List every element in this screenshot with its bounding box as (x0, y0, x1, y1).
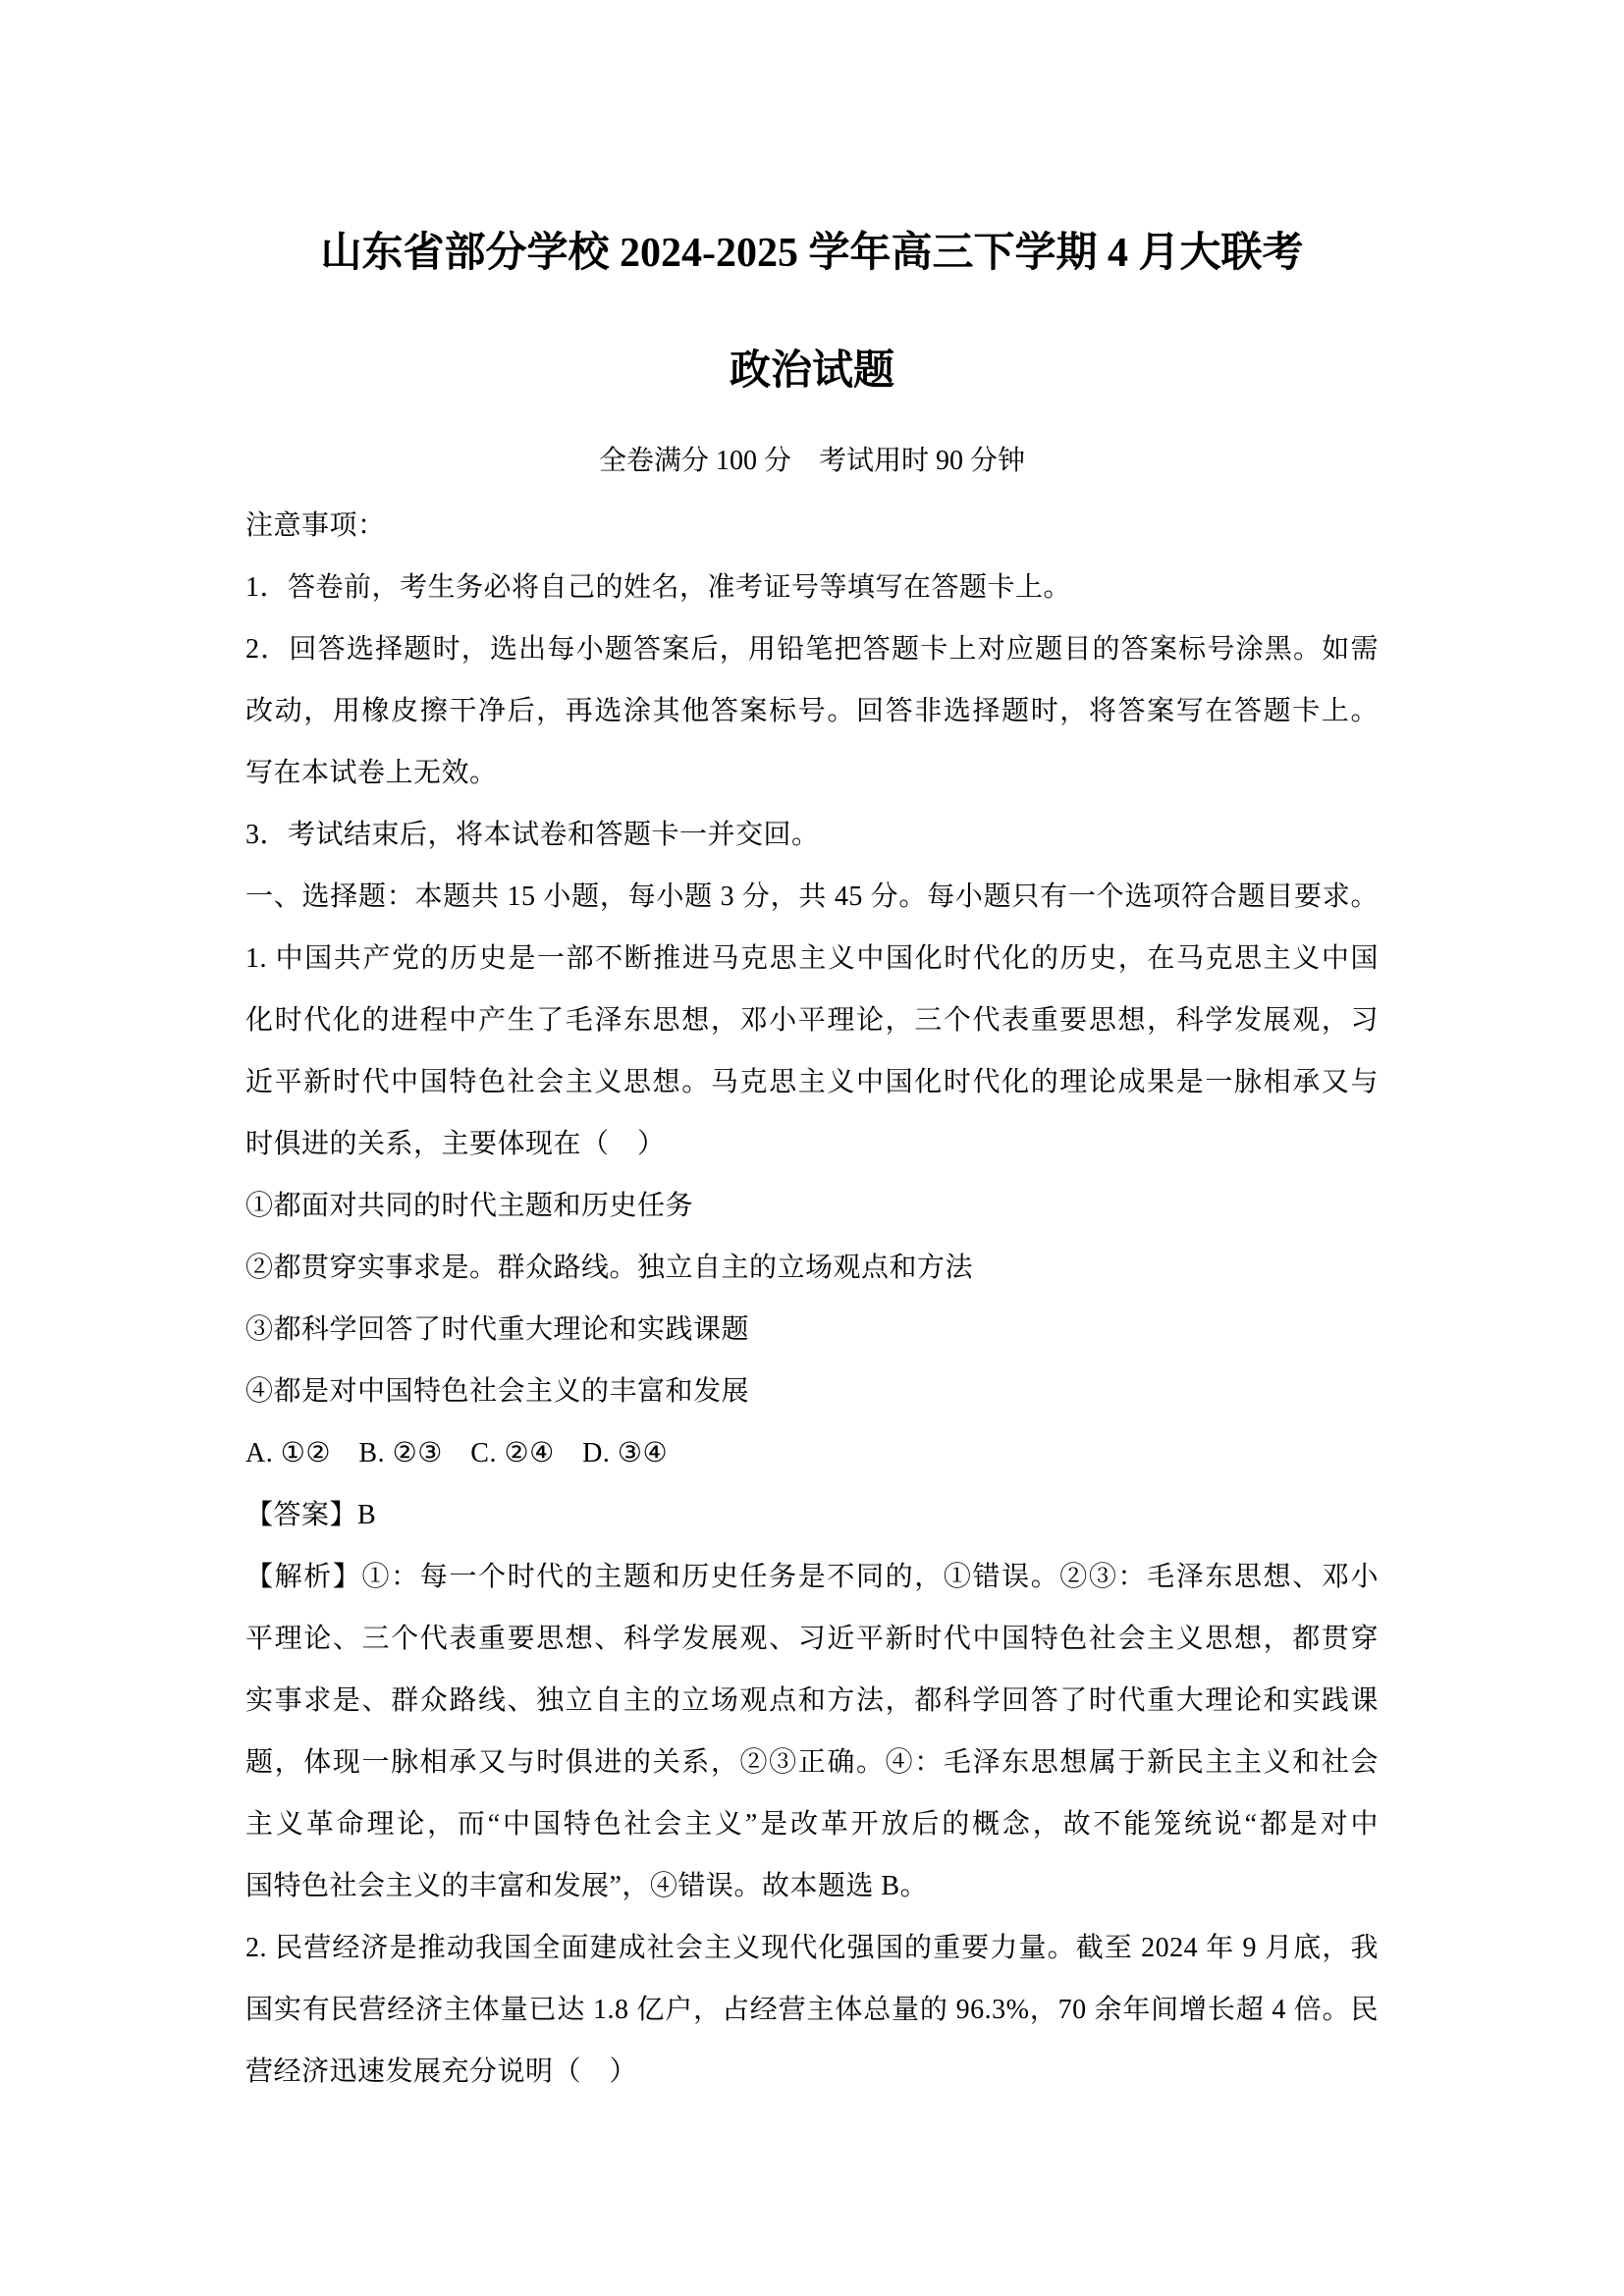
question-2-stem-line-3: 营经济迅速发展充分说明（ ） (245, 2041, 1379, 2103)
question-2-stem-line-2: 国实有民营经济主体量已达 1.8 亿户，占经营主体总量的 96.3%，70 余年… (245, 1979, 1379, 2041)
document-title: 山东省部分学校 2024-2025 学年高三下学期 4 月大联考 (245, 228, 1379, 279)
question-1-stem-line-2: 化时代化的进程中产生了毛泽东思想，邓小平理论，三个代表重要思想，科学发展观，习 (245, 989, 1379, 1051)
question-1-stem-line-3: 近平新时代中国特色社会主义思想。马克思主义中国化时代化的理论成果是一脉相承又与 (245, 1051, 1379, 1113)
notice-item-3: 3．考试结束后，将本试卷和答题卡一并交回。 (245, 804, 1379, 866)
question-1-analysis-line-2: 平理论、三个代表重要思想、科学发展观、习近平新时代中国特色社会主义思想，都贯穿 (245, 1608, 1379, 1670)
question-1-choices: A. ①② B. ②③ C. ②④ D. ③④ (245, 1422, 1379, 1484)
question-1-analysis-line-1: 【解析】①：每一个时代的主题和历史任务是不同的，①错误。②③：毛泽东思想、邓小 (245, 1546, 1379, 1608)
question-1-analysis-line-3: 实事求是、群众路线、独立自主的立场观点和方法，都科学回答了时代重大理论和实践课 (245, 1670, 1379, 1732)
section-1-heading: 一、选择题：本题共 15 小题，每小题 3 分，共 45 分。每小题只有一个选项… (245, 866, 1379, 928)
document-content: 山东省部分学校 2024-2025 学年高三下学期 4 月大联考 政治试题 全卷… (0, 0, 1624, 2103)
notice-item-1: 1．答卷前，考生务必将自己的姓名，准考证号等填写在答题卡上。 (245, 557, 1379, 618)
notice-item-2-line-1: 2．回答选择题时，选出每小题答案后，用铅笔把答题卡上对应题目的答案标号涂黑。如需 (245, 618, 1379, 680)
document-body: 注意事项：1．答卷前，考生务必将自己的姓名，准考证号等填写在答题卡上。2．回答选… (245, 495, 1379, 2103)
question-1-analysis-line-6: 国特色社会主义的丰富和发展”，④错误。故本题选 B。 (245, 1855, 1379, 1917)
question-1-item-1: ①都面对共同的时代主题和历史任务 (245, 1175, 1379, 1237)
notice-item-2-line-3: 写在本试卷上无效。 (245, 742, 1379, 804)
exam-info-line: 全卷满分 100 分 考试用时 90 分钟 (245, 442, 1379, 481)
question-1-item-2: ②都贯穿实事求是。群众路线。独立自主的立场观点和方法 (245, 1237, 1379, 1299)
question-1-stem-line-4: 时俱进的关系，主要体现在（ ） (245, 1113, 1379, 1175)
notices-heading: 注意事项： (245, 495, 1379, 557)
question-1-answer: 【答案】B (245, 1484, 1379, 1546)
exam-paper-page: 山东省部分学校 2024-2025 学年高三下学期 4 月大联考 政治试题 全卷… (0, 0, 1624, 2296)
question-1-stem-line-1: 1. 中国共产党的历史是一部不断推进马克思主义中国化时代化的历史，在马克思主义中… (245, 928, 1379, 989)
question-1-analysis-line-5: 主义革命理论，而“中国特色社会主义”是改革开放后的概念，故不能笼统说“都是对中 (245, 1793, 1379, 1855)
question-2-stem-line-1: 2. 民营经济是推动我国全面建成社会主义现代化强国的重要力量。截至 2024 年… (245, 1917, 1379, 1979)
document-subtitle: 政治试题 (245, 346, 1379, 397)
question-1-item-4: ④都是对中国特色社会主义的丰富和发展 (245, 1361, 1379, 1422)
notice-item-2-line-2: 改动，用橡皮擦干净后，再选涂其他答案标号。回答非选择题时，将答案写在答题卡上。 (245, 680, 1379, 742)
question-1-analysis-line-4: 题，体现一脉相承又与时俱进的关系，②③正确。④：毛泽东思想属于新民主主义和社会 (245, 1732, 1379, 1793)
question-1-item-3: ③都科学回答了时代重大理论和实践课题 (245, 1299, 1379, 1361)
